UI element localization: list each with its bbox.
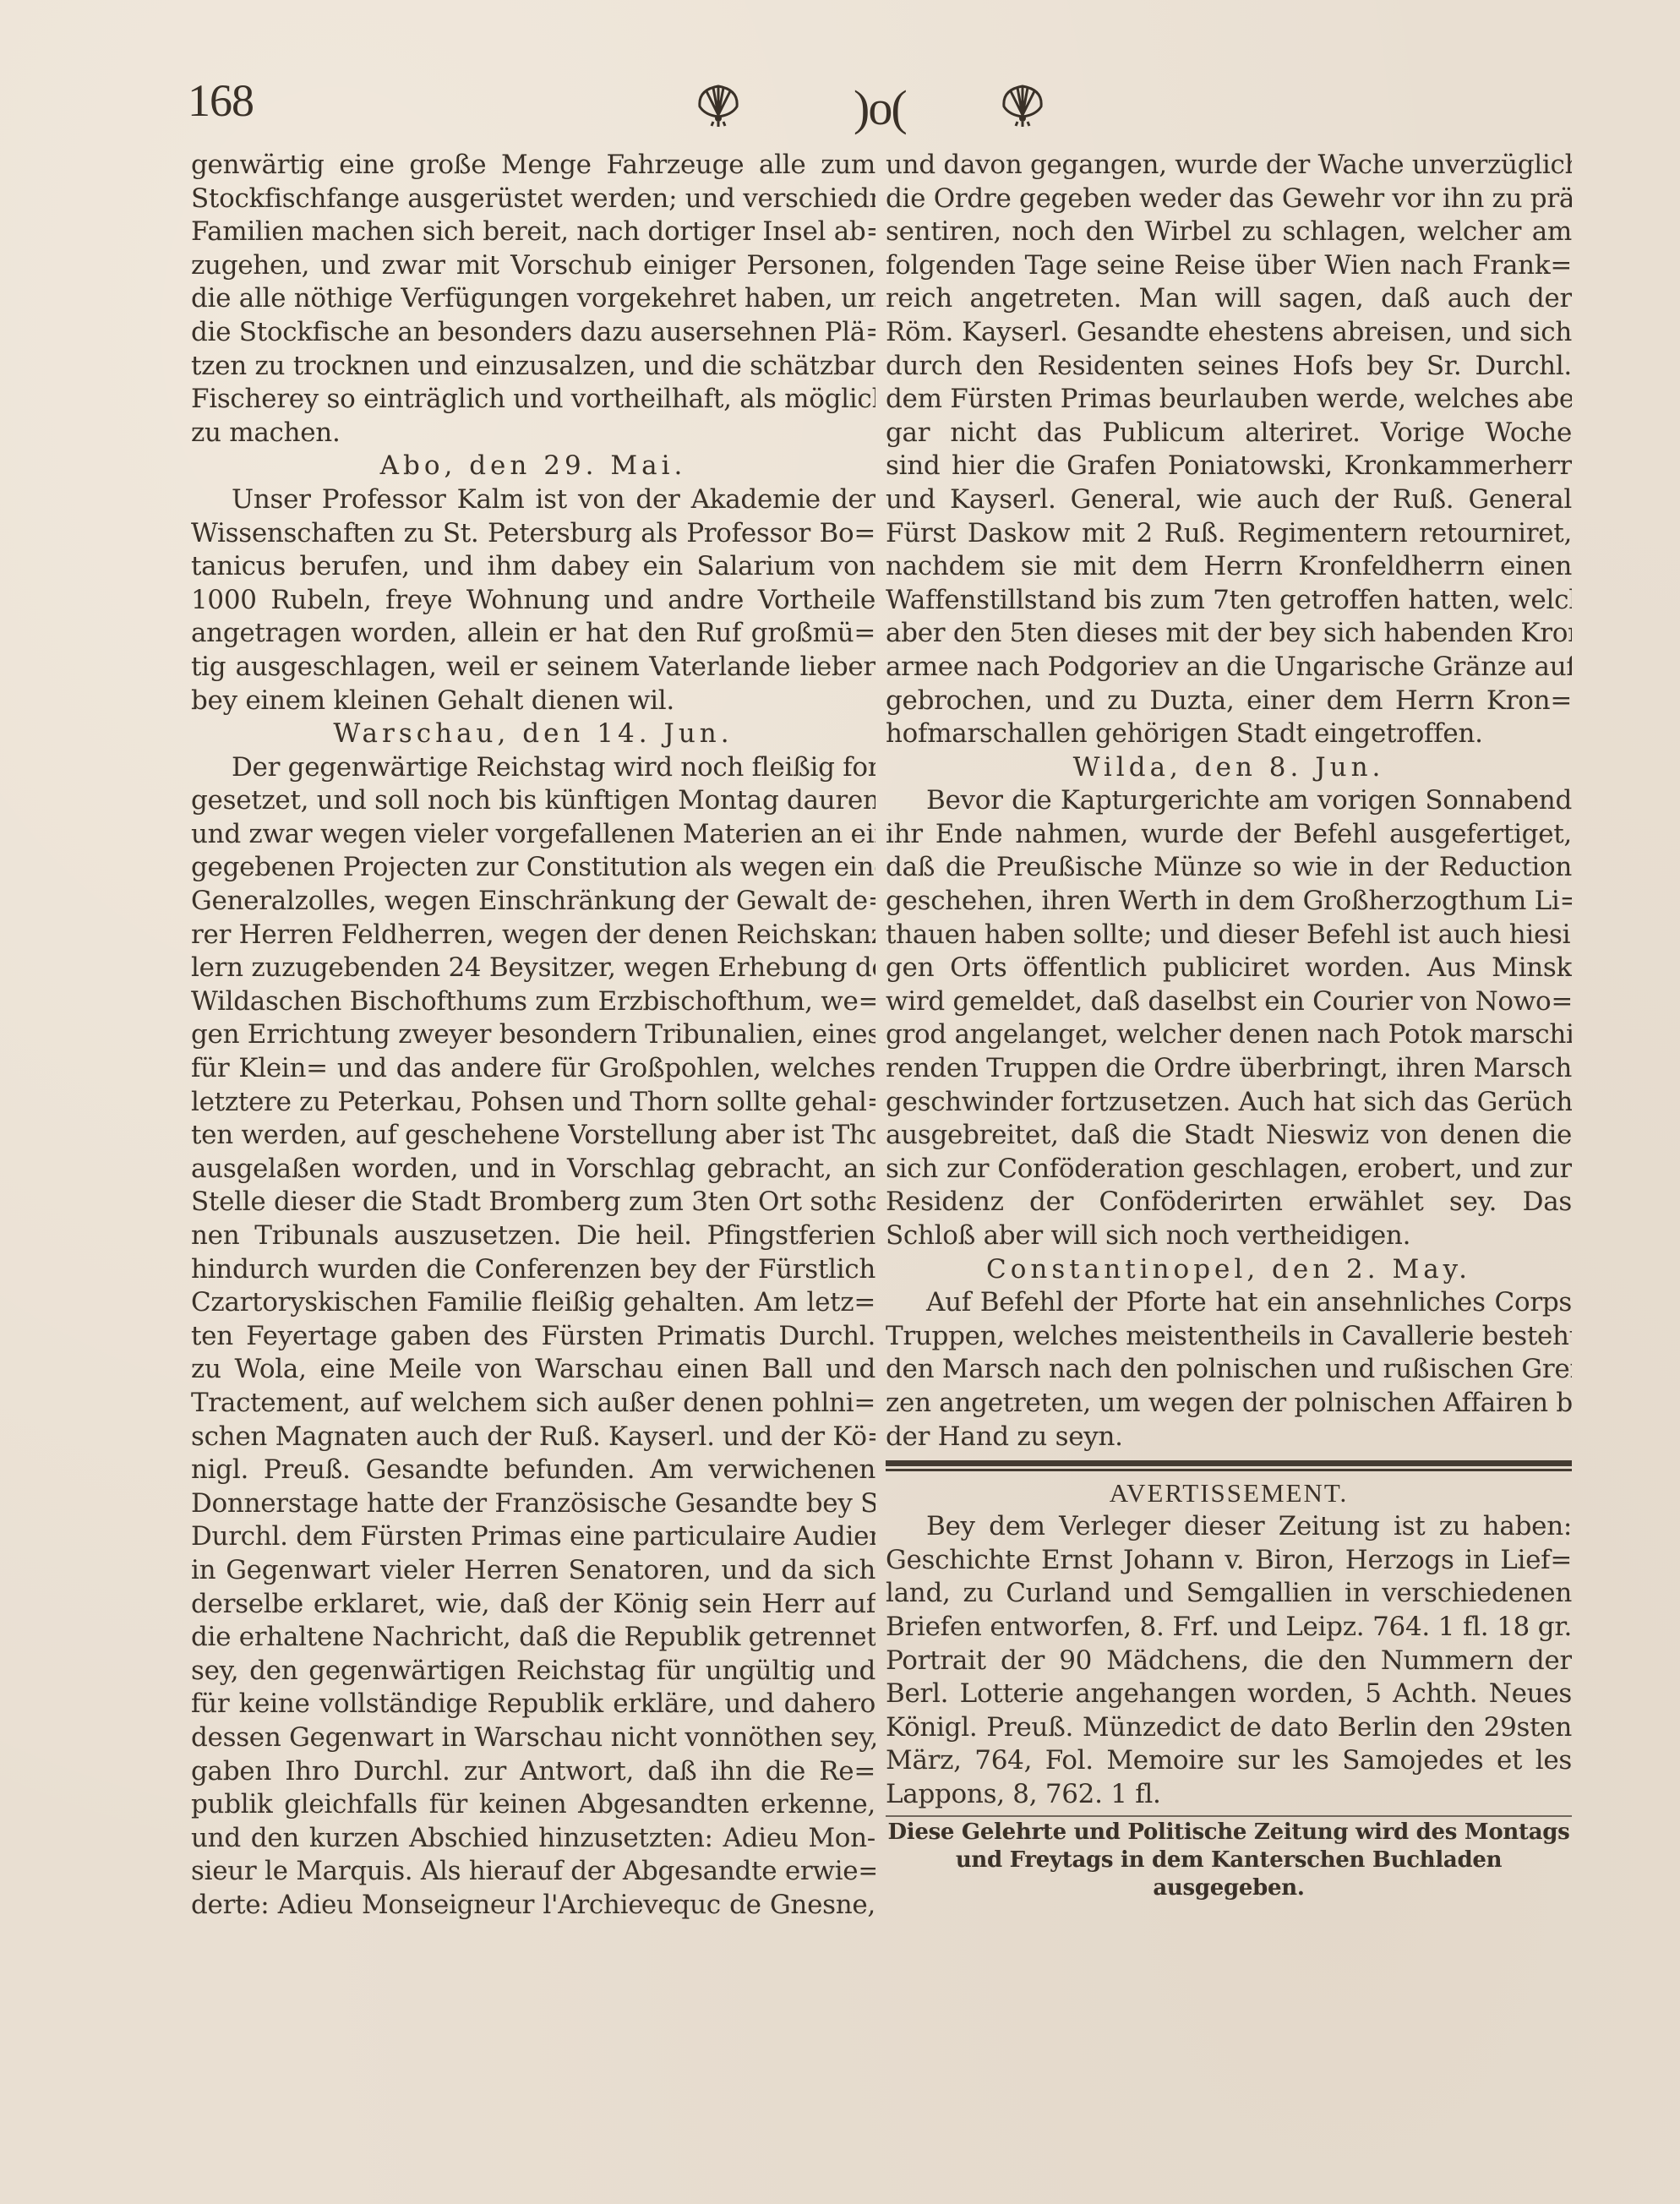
text-line: die Ordre gegeben weder das Gewehr vor i… [886,183,1572,216]
text-line: Fürst Daskow mit 2 Ruß. Regimentern reto… [886,517,1572,551]
article-warschau: Warschau, den 14. Jun. Der gegenwärtige … [191,717,875,1922]
text-line: den Marsch nach den polnischen und rußis… [886,1353,1572,1387]
text-line: März, 764, Fol. Memoire sur les Samojede… [886,1744,1572,1778]
text-line: und Kayserl. General, wie auch der Ruß. … [886,483,1572,517]
text-line: Donnerstage hatte der Französische Gesan… [191,1487,875,1521]
text-line: lern zuzugebenden 24 Beysitzer, wegen Er… [191,952,875,985]
dateline: Warschau, den 14. Jun. [191,717,875,751]
text-line: tzen zu trocknen und einzusalzen, und di… [191,350,875,384]
text-line: für Klein= und das andere für Großpohlen… [191,1052,875,1086]
text-line: Lappons, 8, 762. 1 fl. [886,1778,1572,1812]
text-line: aber den 5ten dieses mit der bey sich ha… [886,617,1572,651]
text-line: 1000 Rubeln, freye Wohnung und andre Vor… [191,584,875,618]
text-line: der Hand zu seyn. [886,1421,1572,1454]
text-line: zu Wola, eine Meile von Warschau einen B… [191,1353,875,1387]
text-line: schen Magnaten auch der Ruß. Kayserl. un… [191,1421,875,1454]
colophon-divider [886,1815,1572,1817]
text-line: Bevor die Kapturgerichte am vorigen Sonn… [886,784,1572,818]
text-line: in Gegenwart vieler Herren Senatoren, un… [191,1554,875,1588]
text-line: und davon gegangen, wurde der Wache unve… [886,149,1572,183]
text-line: renden Truppen die Ordre überbringt, ihr… [886,1052,1572,1086]
text-line: gen Orts öffentlich publiciret worden. A… [886,952,1572,985]
text-line: land, zu Curland und Semgallien in versc… [886,1577,1572,1611]
text-line: Der gegenwärtige Reichstag wird noch fle… [191,751,875,785]
text-line: für keine vollständige Republik erkläre,… [191,1688,875,1721]
text-line: angetragen worden, allein er hat den Ruf… [191,617,875,651]
text-line: Tractement, auf welchem sich außer denen… [191,1387,875,1421]
text-line: nen Tribunals auszusetzen. Die heil. Pfi… [191,1219,875,1253]
text-line: gesetzet, und soll noch bis künftigen Mo… [191,784,875,818]
text-line: dem Fürsten Primas beurlauben werde, wel… [886,383,1572,417]
text-line: Portrait der 90 Mädchens, die den Nummer… [886,1645,1572,1678]
continued-article-warschau: und davon gegangen, wurde der Wache unve… [886,149,1572,751]
text-line: nachdem sie mit dem Herrn Kronfeldherrn … [886,550,1572,584]
text-line: Stockfischfange ausgerüstet werden; und … [191,183,875,216]
article-constantinopel: Constantinopel, den 2. May. Auf Befehl d… [886,1253,1572,1454]
shell-ornament-icon [999,81,1046,127]
text-line: genwärtig eine große Menge Fahrzeuge all… [191,149,875,183]
colophon-line: Diese Gelehrte und Politische Zeitung wi… [886,1819,1572,1847]
text-line: zu machen. [191,417,875,450]
text-line: armee nach Podgoriev an die Ungarische G… [886,651,1572,685]
text-line: hindurch wurden die Conferenzen bey der … [191,1253,875,1287]
text-line: tig ausgeschlagen, weil er seinem Vaterl… [191,651,875,685]
text-line: ausgebreitet, daß die Stadt Nieswiz von … [886,1119,1572,1153]
colophon-line: ausgegeben. [886,1874,1572,1902]
text-line: wird gemeldet, daß daselbst ein Courier … [886,985,1572,1019]
text-line: sich zur Conföderation geschlagen, erobe… [886,1153,1572,1187]
text-line: sind hier die Grafen Poniatowski, Kronka… [886,450,1572,483]
text-line: Fischerey so einträglich und vortheilhaf… [191,383,875,417]
text-line: Familien machen sich bereit, nach dortig… [191,215,875,249]
article-wilda: Wilda, den 8. Jun. Bevor die Kapturgeric… [886,751,1572,1253]
text-line: reich angetreten. Man will sagen, daß au… [886,282,1572,316]
text-line: gebrochen, und zu Duzta, einer dem Herrn… [886,685,1572,718]
text-line: Truppen, welches meistentheils in Cavall… [886,1320,1572,1354]
text-line: gar nicht das Publicum alteriret. Vorige… [886,417,1572,450]
page-number: 168 [188,74,254,127]
left-column: genwärtig eine große Menge Fahrzeuge all… [191,149,875,1922]
text-line: Auf Befehl der Pforte hat ein ansehnlich… [886,1286,1572,1320]
page-header: 168 )o( [188,74,1574,150]
text-line: Briefen entworfen, 8. Frf. und Leipz. 76… [886,1611,1572,1645]
text-line: die erhaltene Nachricht, daß die Republi… [191,1621,875,1655]
text-line: sieur le Marquis. Als hierauf der Abgesa… [191,1855,875,1889]
newspaper-page: 168 )o( genwärtig e [0,0,1680,2204]
text-line: geschwinder fortzusetzen. Auch hat sich … [886,1086,1572,1120]
dateline: Abo, den 29. Mai. [191,450,875,483]
text-line: Schloß aber will sich noch vertheidigen. [886,1219,1572,1253]
text-line: derte: Adieu Monseigneur l'Archievequc d… [191,1889,875,1923]
text-line: gegebenen Projecten zur Constitution als… [191,851,875,885]
text-line: folgenden Tage seine Reise über Wien nac… [886,249,1572,283]
text-line: die alle nöthige Verfügungen vorgekehret… [191,282,875,316]
shell-ornament-icon [695,81,742,127]
colophon: Diese Gelehrte und Politische Zeitung wi… [886,1819,1572,1902]
continued-article: genwärtig eine große Menge Fahrzeuge all… [191,149,875,450]
text-line: zen angetreten, um wegen der polnischen … [886,1387,1572,1421]
text-line: gaben Ihro Durchl. zur Antwort, daß ihn … [191,1755,875,1789]
text-line: dessen Gegenwart in Warschau nicht vonnö… [191,1721,875,1755]
dateline: Wilda, den 8. Jun. [886,751,1572,785]
text-line: nigl. Preuß. Gesandte befunden. Am verwi… [191,1454,875,1487]
text-line: bey einem kleinen Gehalt dienen wil. [191,685,875,718]
text-line: zugehen, und zwar mit Vorschub einiger P… [191,249,875,283]
text-line: Czartoryskischen Familie fleißig gehalte… [191,1286,875,1320]
text-line: Geschichte Ernst Johann v. Biron, Herzog… [886,1544,1572,1578]
text-line: die Stockfische an besonders dazu ausers… [191,316,875,350]
avertissement-title: AVERTISSEMENT. [886,1476,1572,1510]
text-line: und den kurzen Abschied hinzusetzten: Ad… [191,1822,875,1856]
text-line: grod angelanget, welcher denen nach Poto… [886,1018,1572,1052]
text-line: Königl. Preuß. Münzedict de dato Berlin … [886,1711,1572,1745]
text-line: ten Feyertage gaben des Fürsten Primatis… [191,1320,875,1354]
text-line: Waffenstillstand bis zum 7ten getroffen … [886,584,1572,618]
text-line: ten werden, auf geschehene Vorstellung a… [191,1119,875,1153]
colophon-line: und Freytags in dem Kanterschen Buchlade… [886,1847,1572,1874]
right-column: und davon gegangen, wurde der Wache unve… [886,149,1572,1902]
text-line: letztere zu Peterkau, Pohsen und Thorn s… [191,1086,875,1120]
text-line: sentiren, noch den Wirbel zu schlagen, w… [886,215,1572,249]
text-line: Generalzolles, wegen Einschränkung der G… [191,885,875,919]
text-line: geschehen, ihren Werth in dem Großherzog… [886,885,1572,919]
text-line: Stelle dieser die Stadt Bromberg zum 3te… [191,1186,875,1219]
text-line: tanicus berufen, und ihm dabey ein Salar… [191,550,875,584]
article-abo: Abo, den 29. Mai. Unser Professor Kalm i… [191,450,875,717]
text-line: thauen haben sollte; und dieser Befehl i… [886,919,1572,952]
dateline: Constantinopel, den 2. May. [886,1253,1572,1287]
text-line: hofmarschallen gehörigen Stadt eingetrof… [886,717,1572,751]
text-line: Wildaschen Bischofthums zum Erzbischofth… [191,985,875,1019]
text-line: und zwar wegen vieler vorgefallenen Mate… [191,818,875,852]
header-ornaments: )o( [695,79,1083,139]
text-line: Wissenschaften zu St. Petersburg als Pro… [191,517,875,551]
text-line: Residenz der Conföderirten erwählet sey.… [886,1186,1572,1219]
text-line: Bey dem Verleger dieser Zeitung ist zu h… [886,1510,1572,1544]
text-line: publik gleichfalls für keinen Abgesandte… [191,1788,875,1822]
center-ornament: )o( [854,79,906,136]
text-line: gen Errichtung zweyer besondern Tribunal… [191,1018,875,1052]
avertissement-section: AVERTISSEMENT. Bey dem Verleger dieser Z… [886,1476,1572,1811]
text-line: Röm. Kayserl. Gesandte ehestens abreisen… [886,316,1572,350]
text-line: ausgelaßen worden, und in Vorschlag gebr… [191,1153,875,1187]
text-line: durch den Residenten seines Hofs bey Sr.… [886,350,1572,384]
text-line: rer Herren Feldherren, wegen der denen R… [191,919,875,952]
text-line: Unser Professor Kalm ist von der Akademi… [191,483,875,517]
text-line: derselbe erklaret, wie, daß der König se… [191,1588,875,1622]
text-line: ihr Ende nahmen, wurde der Befehl ausgef… [886,818,1572,852]
text-line: daß die Preußische Münze so wie in der R… [886,851,1572,885]
text-line: Berl. Lotterie angehangen worden, 5 Acht… [886,1678,1572,1711]
text-line: sey, den gegenwärtigen Reichstag für ung… [191,1655,875,1688]
text-line: Durchl. dem Fürsten Primas eine particul… [191,1520,875,1554]
section-divider [886,1460,1572,1471]
